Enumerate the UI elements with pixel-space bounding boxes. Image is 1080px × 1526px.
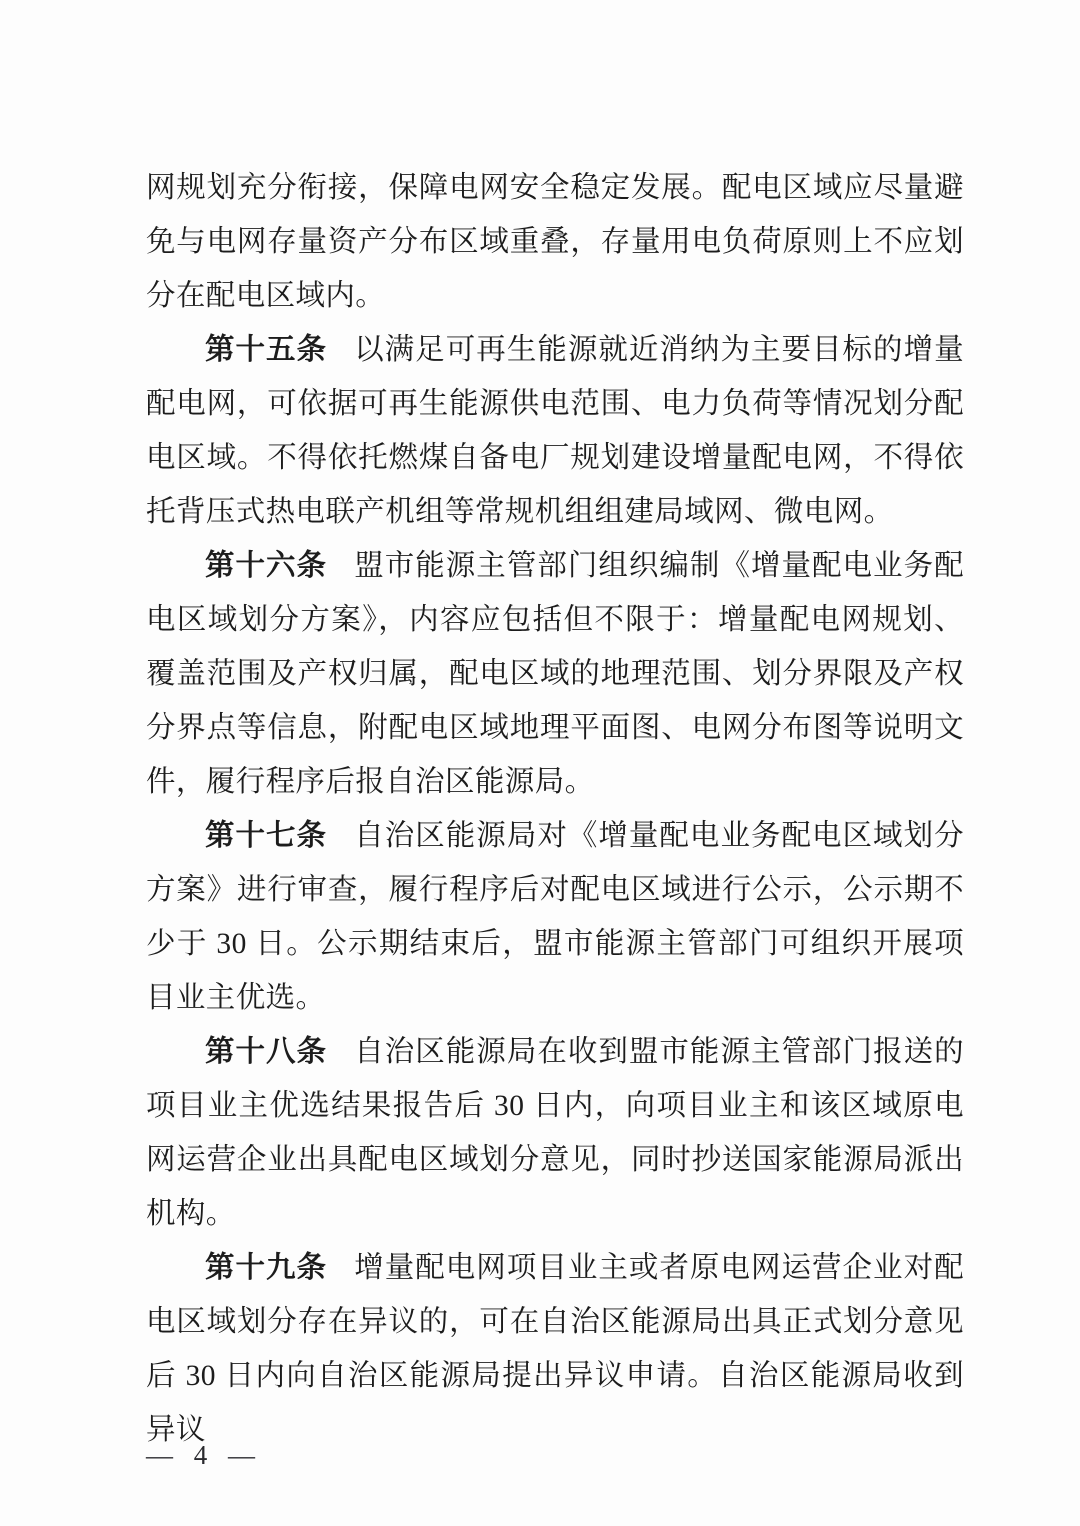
paragraph-article-16: 第十六条盟市能源主管部门组织编制《增量配电业务配电区域划分方案》，内容应包括但不… xyxy=(146,539,964,809)
paragraph-article-18: 第十八条自治区能源局在收到盟市能源主管部门报送的项目业主优选结果报告后 30 日… xyxy=(146,1025,964,1241)
paragraph-article-17: 第十七条自治区能源局对《增量配电业务配电区域划分方案》进行审查，履行程序后对配电… xyxy=(146,809,964,1025)
article-heading: 第十五条 xyxy=(205,333,327,366)
document-page: 网规划充分衔接，保障电网安全稳定发展。配电区域应尽量避免与电网存量资产分布区域重… xyxy=(0,0,1080,1526)
paragraph-text: 网规划充分衔接，保障电网安全稳定发展。配电区域应尽量避免与电网存量资产分布区域重… xyxy=(146,172,964,312)
article-heading: 第十八条 xyxy=(205,1035,327,1068)
paragraph-article-19: 第十九条增量配电网项目业主或者原电网运营企业对配电区域划分存在异议的，可在自治区… xyxy=(146,1241,964,1457)
document-body: 网规划充分衔接，保障电网安全稳定发展。配电区域应尽量避免与电网存量资产分布区域重… xyxy=(146,161,964,1457)
page-number-label: — 4 — xyxy=(146,1440,262,1470)
paragraph-continuation: 网规划充分衔接，保障电网安全稳定发展。配电区域应尽量避免与电网存量资产分布区域重… xyxy=(146,161,964,323)
article-heading: 第十七条 xyxy=(205,819,327,852)
paragraph-article-15: 第十五条以满足可再生能源就近消纳为主要目标的增量配电网，可依据可再生能源供电范围… xyxy=(146,323,964,539)
page-number: — 4 — xyxy=(146,1440,262,1471)
article-heading: 第十九条 xyxy=(205,1251,327,1284)
paragraph-text: 盟市能源主管部门组织编制《增量配电业务配电区域划分方案》，内容应包括但不限于：增… xyxy=(146,550,964,798)
article-heading: 第十六条 xyxy=(205,549,327,582)
